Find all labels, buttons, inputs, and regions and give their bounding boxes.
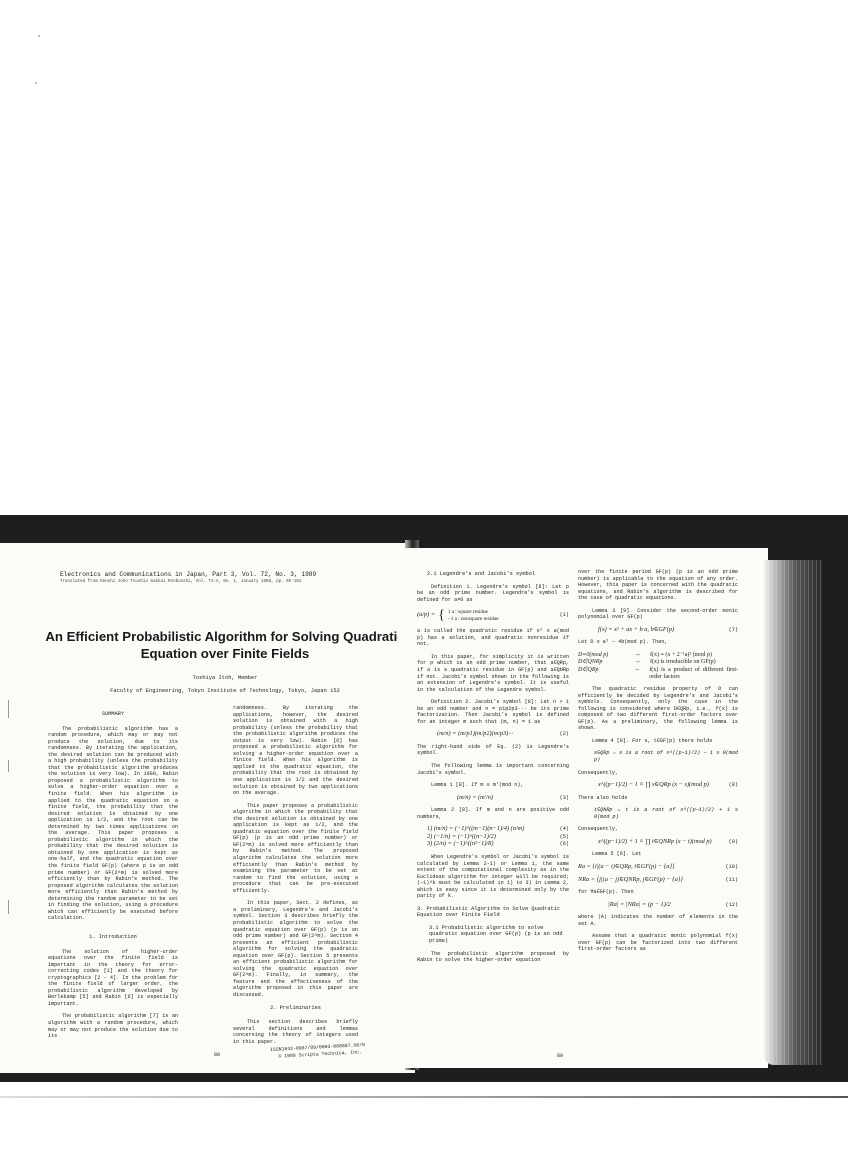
body-paragraph: The following lemma is important concern… <box>417 763 569 776</box>
equation-number: (1) <box>560 612 569 619</box>
body-paragraph: The probabilistic algorithm proposed by … <box>417 951 569 964</box>
body-text: for ∀a∈GF(p). Then <box>578 889 738 896</box>
equation-7: f(x) = x² + ax + b a, b∈GF(p) (7) <box>578 627 738 634</box>
section-3-1-heading: 3.1 Probabilistic algorithm to solve qua… <box>417 925 569 945</box>
definition-1: Definition 1. Legendre's symbol [8]: Let… <box>417 584 569 604</box>
body-paragraph: This section describes briefly several d… <box>233 1019 358 1045</box>
equation-lhs: (a/p) = <box>417 612 435 619</box>
equation-8: x^((p−1)/2) − 1 ≡ ∏ s∈QRp (x − s)(mod p)… <box>578 782 738 789</box>
section-3-heading: 3. Probabilistic Algorithm to Solve Quad… <box>417 906 569 919</box>
journal-citation: Electronics and Communications in Japan,… <box>60 571 316 579</box>
scan-speck <box>35 82 37 84</box>
body-paragraph: The quadratic residue property of D can … <box>578 686 738 732</box>
body-paragraph: where |A| indicates the number of elemen… <box>578 914 738 927</box>
equation-9: x^((p−1)/2) + 1 ≡ ∏ t∈QNRp (x − t)(mod p… <box>578 839 738 846</box>
body-paragraph: over the finite period GF(p) (p is an od… <box>578 569 738 602</box>
page-edges <box>764 560 822 1065</box>
right-page-column-2: over the finite period GF(p) (p is an od… <box>578 569 738 959</box>
summary-text: The probabilistic algorithm has a random… <box>48 726 178 922</box>
journal-header: Electronics and Communications in Japan,… <box>60 571 316 585</box>
equation-12: |Ra| = |NRa| = (p − 1)/2 (12) <box>578 902 738 909</box>
summary-heading: SUMMARY <box>48 711 178 718</box>
scan-edge-line <box>0 1096 848 1098</box>
author: Toshiya Itoh, Member <box>45 675 405 681</box>
intro-paragraph: The probabilistic algorithm [7] is an al… <box>48 1013 178 1039</box>
equation-6: 3) (2/n) = (−1)^((n²−1)/8)(6) <box>427 841 569 848</box>
equation-10: Ra = {i|(a − i)∈QRp, i∈GF(p) − {a}}(10) <box>578 864 738 871</box>
equation-3: (m/n) = (m'/n) (3) <box>417 795 569 802</box>
equation-number: (2) <box>560 731 569 738</box>
body-paragraph: a is called the quadratic residue if x² … <box>417 628 569 648</box>
margin-mark <box>8 900 9 914</box>
lemma-5: Lemma 5 [6]. Let <box>578 851 738 858</box>
equation-11: NRa = {j|(a − j)∈QNRp, j∈GF(p) − {a}}(11… <box>578 877 738 884</box>
equation-case: −1 a : nonsquare residue <box>448 616 499 623</box>
body-text: Consequently, <box>578 826 738 833</box>
equation-1: (a/p) = { 1 a : square residue −1 a : no… <box>417 609 569 622</box>
equation-number: (3) <box>560 795 569 802</box>
preliminaries-heading: 2. Preliminaries <box>233 1005 358 1012</box>
lemma-4-statement-2: t∈QNRp ⇔ t is a root of x^((p−1)/2) + 1 … <box>578 807 738 820</box>
margin-mark <box>8 700 9 718</box>
body-paragraph: randomness. By iterating the application… <box>233 705 358 797</box>
lemma-2: Lemma 2 [8]. If m and n are positive odd… <box>417 807 569 820</box>
right-page-column-1: 2.1 Legendre's and Jacobi's symbol Defin… <box>417 569 569 970</box>
lemma-3: Lemma 3 [9]. Consider the second-order m… <box>578 608 738 621</box>
margin-mark <box>8 760 9 772</box>
body-paragraph: This paper proposes a probabilistic algo… <box>233 803 358 895</box>
body-paragraph: In this paper, for simplicity it is writ… <box>417 654 569 693</box>
body-text: Consequently, <box>578 770 738 777</box>
lemma-2-list: 1) (m/n) = (−1)^((m−1)(n−1)/4) (n/m)(4) … <box>427 826 569 848</box>
affiliation: Faculty of Engineering, Tokyo Institute … <box>45 688 405 694</box>
paper-title: An Efficient Probabilistic Algorithm for… <box>45 628 405 662</box>
intro-heading: 1. Introduction <box>48 934 178 941</box>
body-paragraph: Let D ≡ a² − 4b(mod p). Then, <box>578 639 738 646</box>
lemma-4: Lemma 4 [8]. For s, t∈GF(p) there holds <box>578 738 738 745</box>
body-paragraph: Assume that a quadratic monic polynomial… <box>578 933 738 953</box>
body-text: There also holds <box>578 795 738 802</box>
definition-2: Definition 2. Jacobi's symbol [8]: Let n… <box>417 699 569 725</box>
equation-4: 1) (m/n) = (−1)^((m−1)(n−1)/4) (n/m)(4) <box>427 826 569 833</box>
body-paragraph: The right-hand side of Eq. (2) is Legend… <box>417 744 569 757</box>
lemma-1: Lemma 1 [8]. If m ≡ m'(mod n), <box>417 782 569 789</box>
body-paragraph: In this paper, Sect. 2 defines, as a pre… <box>233 900 358 998</box>
intro-paragraph: The solution of higher-order equations o… <box>48 949 178 1008</box>
scan-speck <box>38 35 40 37</box>
page-number-left: 88 <box>214 1052 220 1058</box>
body-paragraph: When Legendre's symbol or Jacobi's symbo… <box>417 854 569 900</box>
equation-2: (m/n) = (m/p1)(m/p2)(m/p3)··· (2) <box>417 731 569 738</box>
lemma-3-conditions: D≡0(mod p)⇔f(x) ≡ (x + 2⁻¹a)² (mod p) D∈… <box>578 652 738 680</box>
lemma-4-statement: s∈QRp ⇔ s is a root of x^((p−1)/2) − 1 ≡… <box>578 750 738 763</box>
left-page-column-1: SUMMARY The probabilistic algorithm has … <box>48 705 178 1046</box>
page-number-right: 89 <box>557 1053 563 1059</box>
left-page-column-2: randomness. By iterating the application… <box>233 705 358 1051</box>
section-2-1-heading: 2.1 Legendre's and Jacobi's symbol <box>417 571 569 578</box>
translation-note: Translated from Denshi Joho Tsushin Gakk… <box>60 579 316 585</box>
